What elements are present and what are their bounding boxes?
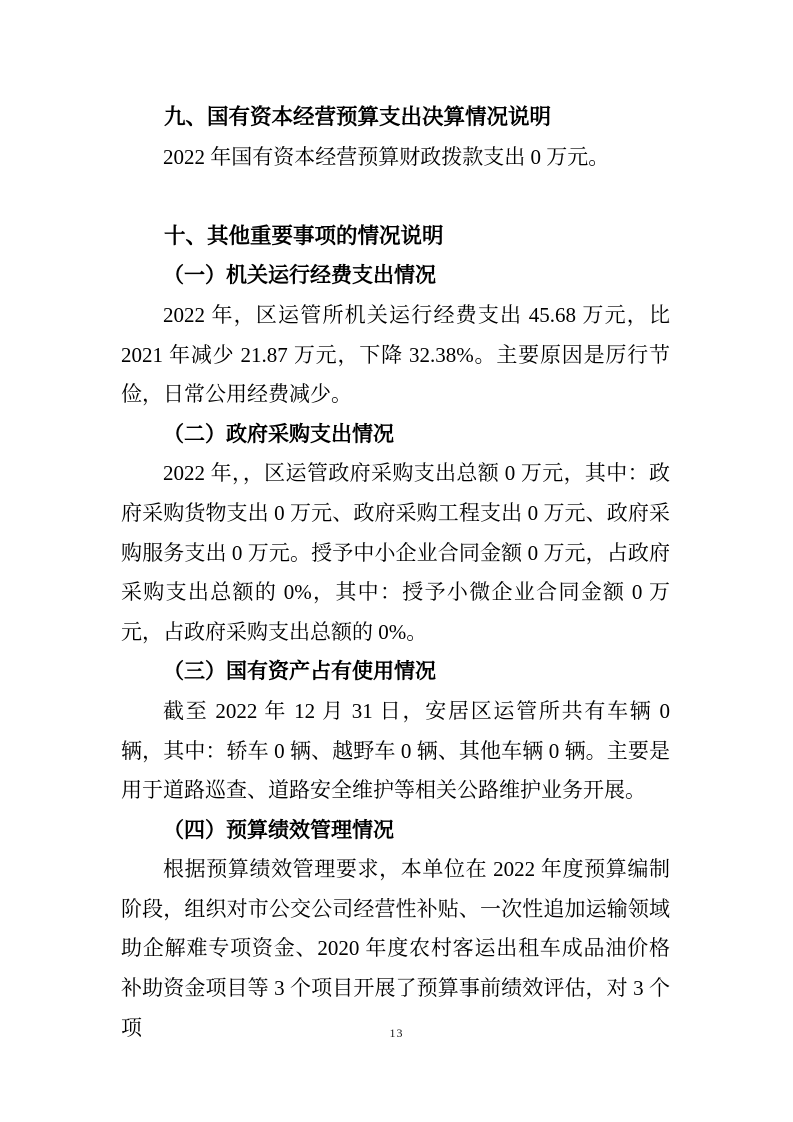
document-body: 九、国有资本经营预算支出决算情况说明 2022 年国有资本经营预算财政拨款支出 …: [121, 98, 670, 1048]
subsection-3-heading: （三）国有资产占有使用情况: [121, 652, 670, 692]
subsection-1-heading: （一）机关运行经费支出情况: [121, 256, 670, 296]
subsection-4-paragraph: 根据预算绩效管理要求，本单位在 2022 年度预算编制阶段，组织对市公交公司经营…: [121, 850, 670, 1048]
subsection-1-paragraph: 2022 年，区运管所机关运行经费支出 45.68 万元，比 2021 年减少 …: [121, 296, 670, 415]
subsection-3-paragraph: 截至 2022 年 12 月 31 日，安居区运管所共有车辆 0 辆，其中：轿车…: [121, 692, 670, 811]
section-9-paragraph: 2022 年国有资本经营预算财政拨款支出 0 万元。: [121, 138, 670, 178]
document-page: 九、国有资本经营预算支出决算情况说明 2022 年国有资本经营预算财政拨款支出 …: [0, 0, 793, 1122]
section-9-heading: 九、国有资本经营预算支出决算情况说明: [121, 98, 670, 138]
subsection-2-paragraph: 2022 年，，区运管政府采购支出总额 0 万元，其中：政府采购货物支出 0 万…: [121, 454, 670, 652]
subsection-2-heading: （二）政府采购支出情况: [121, 415, 670, 455]
subsection-4-heading: （四）预算绩效管理情况: [121, 811, 670, 851]
page-number: 13: [0, 1026, 793, 1041]
section-10-heading: 十、其他重要事项的情况说明: [121, 217, 670, 257]
section-gap: [121, 177, 670, 217]
